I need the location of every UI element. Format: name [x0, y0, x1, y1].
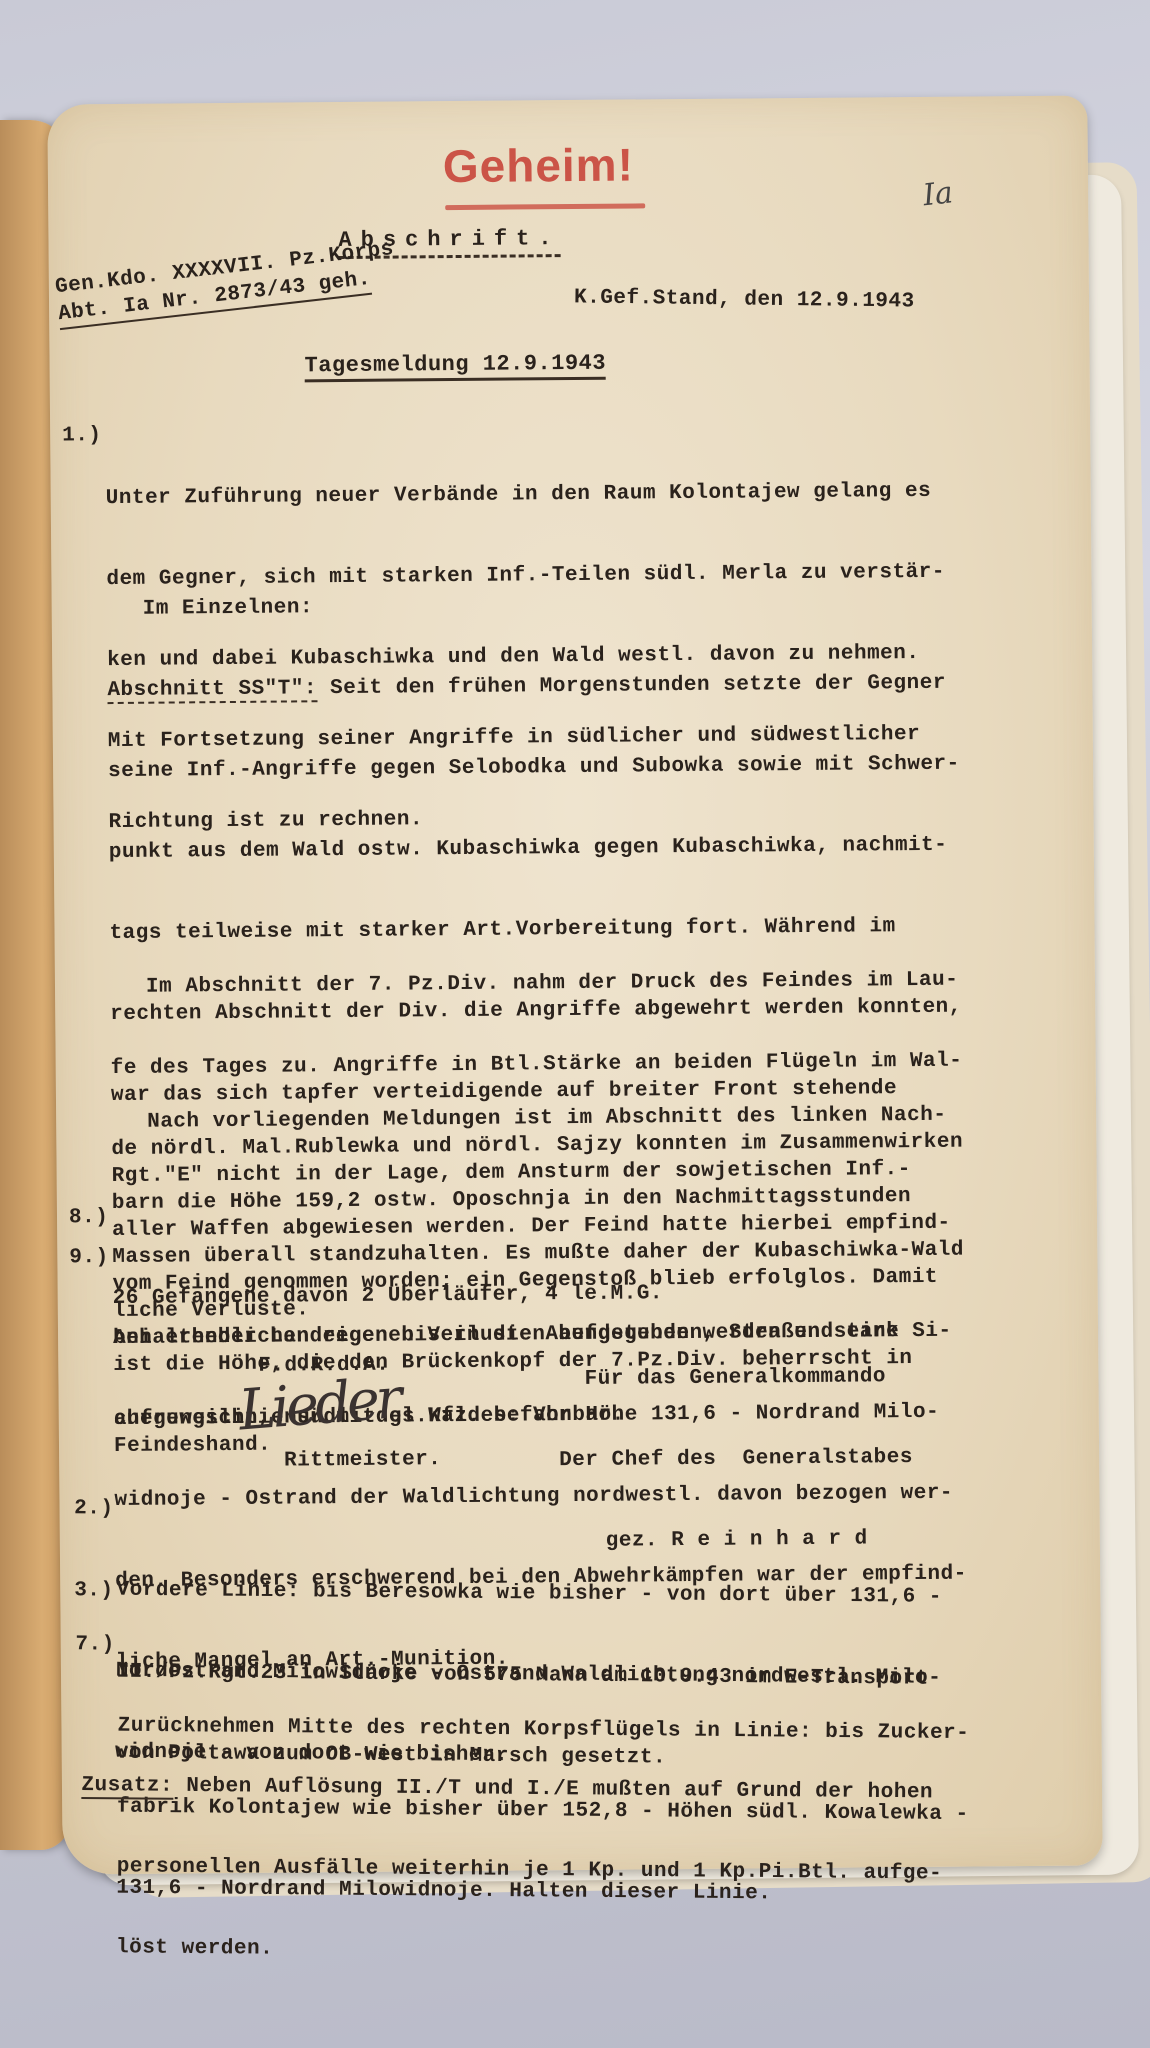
text-line: löst werden.	[80, 1934, 1040, 1969]
report-title: Tagesmeldung 12.9.1943	[304, 350, 606, 383]
text-line: punkt aus dem Wald ostw. Kubaschiwka geg…	[109, 831, 1069, 866]
sender-block: Gen.Kdo. XXXXVII. Pz.Korps Abt. Ia Nr. 2…	[54, 236, 399, 330]
section-number: 3.)	[74, 1577, 114, 1604]
addendum-label: Zusatz:	[81, 1774, 173, 1800]
section-number: 9.)	[69, 1244, 109, 1271]
section-number: 2.)	[74, 1495, 114, 1522]
section-number: 7.)	[75, 1631, 115, 1658]
sector-label: Abschnitt SS"T":	[107, 677, 317, 704]
signature-line-1: Für das Generalkommando	[558, 1363, 912, 1393]
rank-label: Rittmeister.	[284, 1446, 441, 1474]
stamp-underline	[445, 203, 645, 210]
place-date: K.Gef.Stand, den 12.9.1943	[574, 284, 915, 315]
text-line: Unter Zuführung neuer Verbände in den Ra…	[106, 477, 1066, 512]
subheading: Im Einzelnen:	[107, 588, 1067, 623]
addendum: Zusatz: Neben Auflösung II./T und I./E m…	[79, 1718, 1042, 2023]
text-line: personellen Ausfälle weiterhin je 1 Kp. …	[81, 1853, 1041, 1888]
handwritten-signature: Lieder	[236, 1366, 401, 1443]
text-line: Abschnitt SS"T": Seit den frühen Morgens…	[107, 669, 1067, 704]
text-line: seine Inf.-Angriffe gegen Selobodka und …	[108, 750, 1068, 785]
signature-line-2: Der Chef des Generalstabes	[559, 1444, 913, 1474]
document-page: Geheim! Ia Abschrift. Gen.Kdo. XXXXVII. …	[47, 95, 1102, 1874]
section-number: 1.)	[62, 422, 102, 449]
text-line: Im Abschnitt der 7. Pz.Div. nahm der Dru…	[110, 966, 1070, 1001]
text-line: Nach vorliegenden Meldungen ist im Absch…	[111, 1101, 1071, 1136]
section-number: 8.)	[69, 1204, 109, 1231]
secret-stamp: Geheim!	[443, 137, 635, 193]
handwritten-note: Ia	[921, 175, 955, 213]
text-line: Zusatz: Neben Auflösung II./T und I./E m…	[81, 1772, 1041, 1807]
